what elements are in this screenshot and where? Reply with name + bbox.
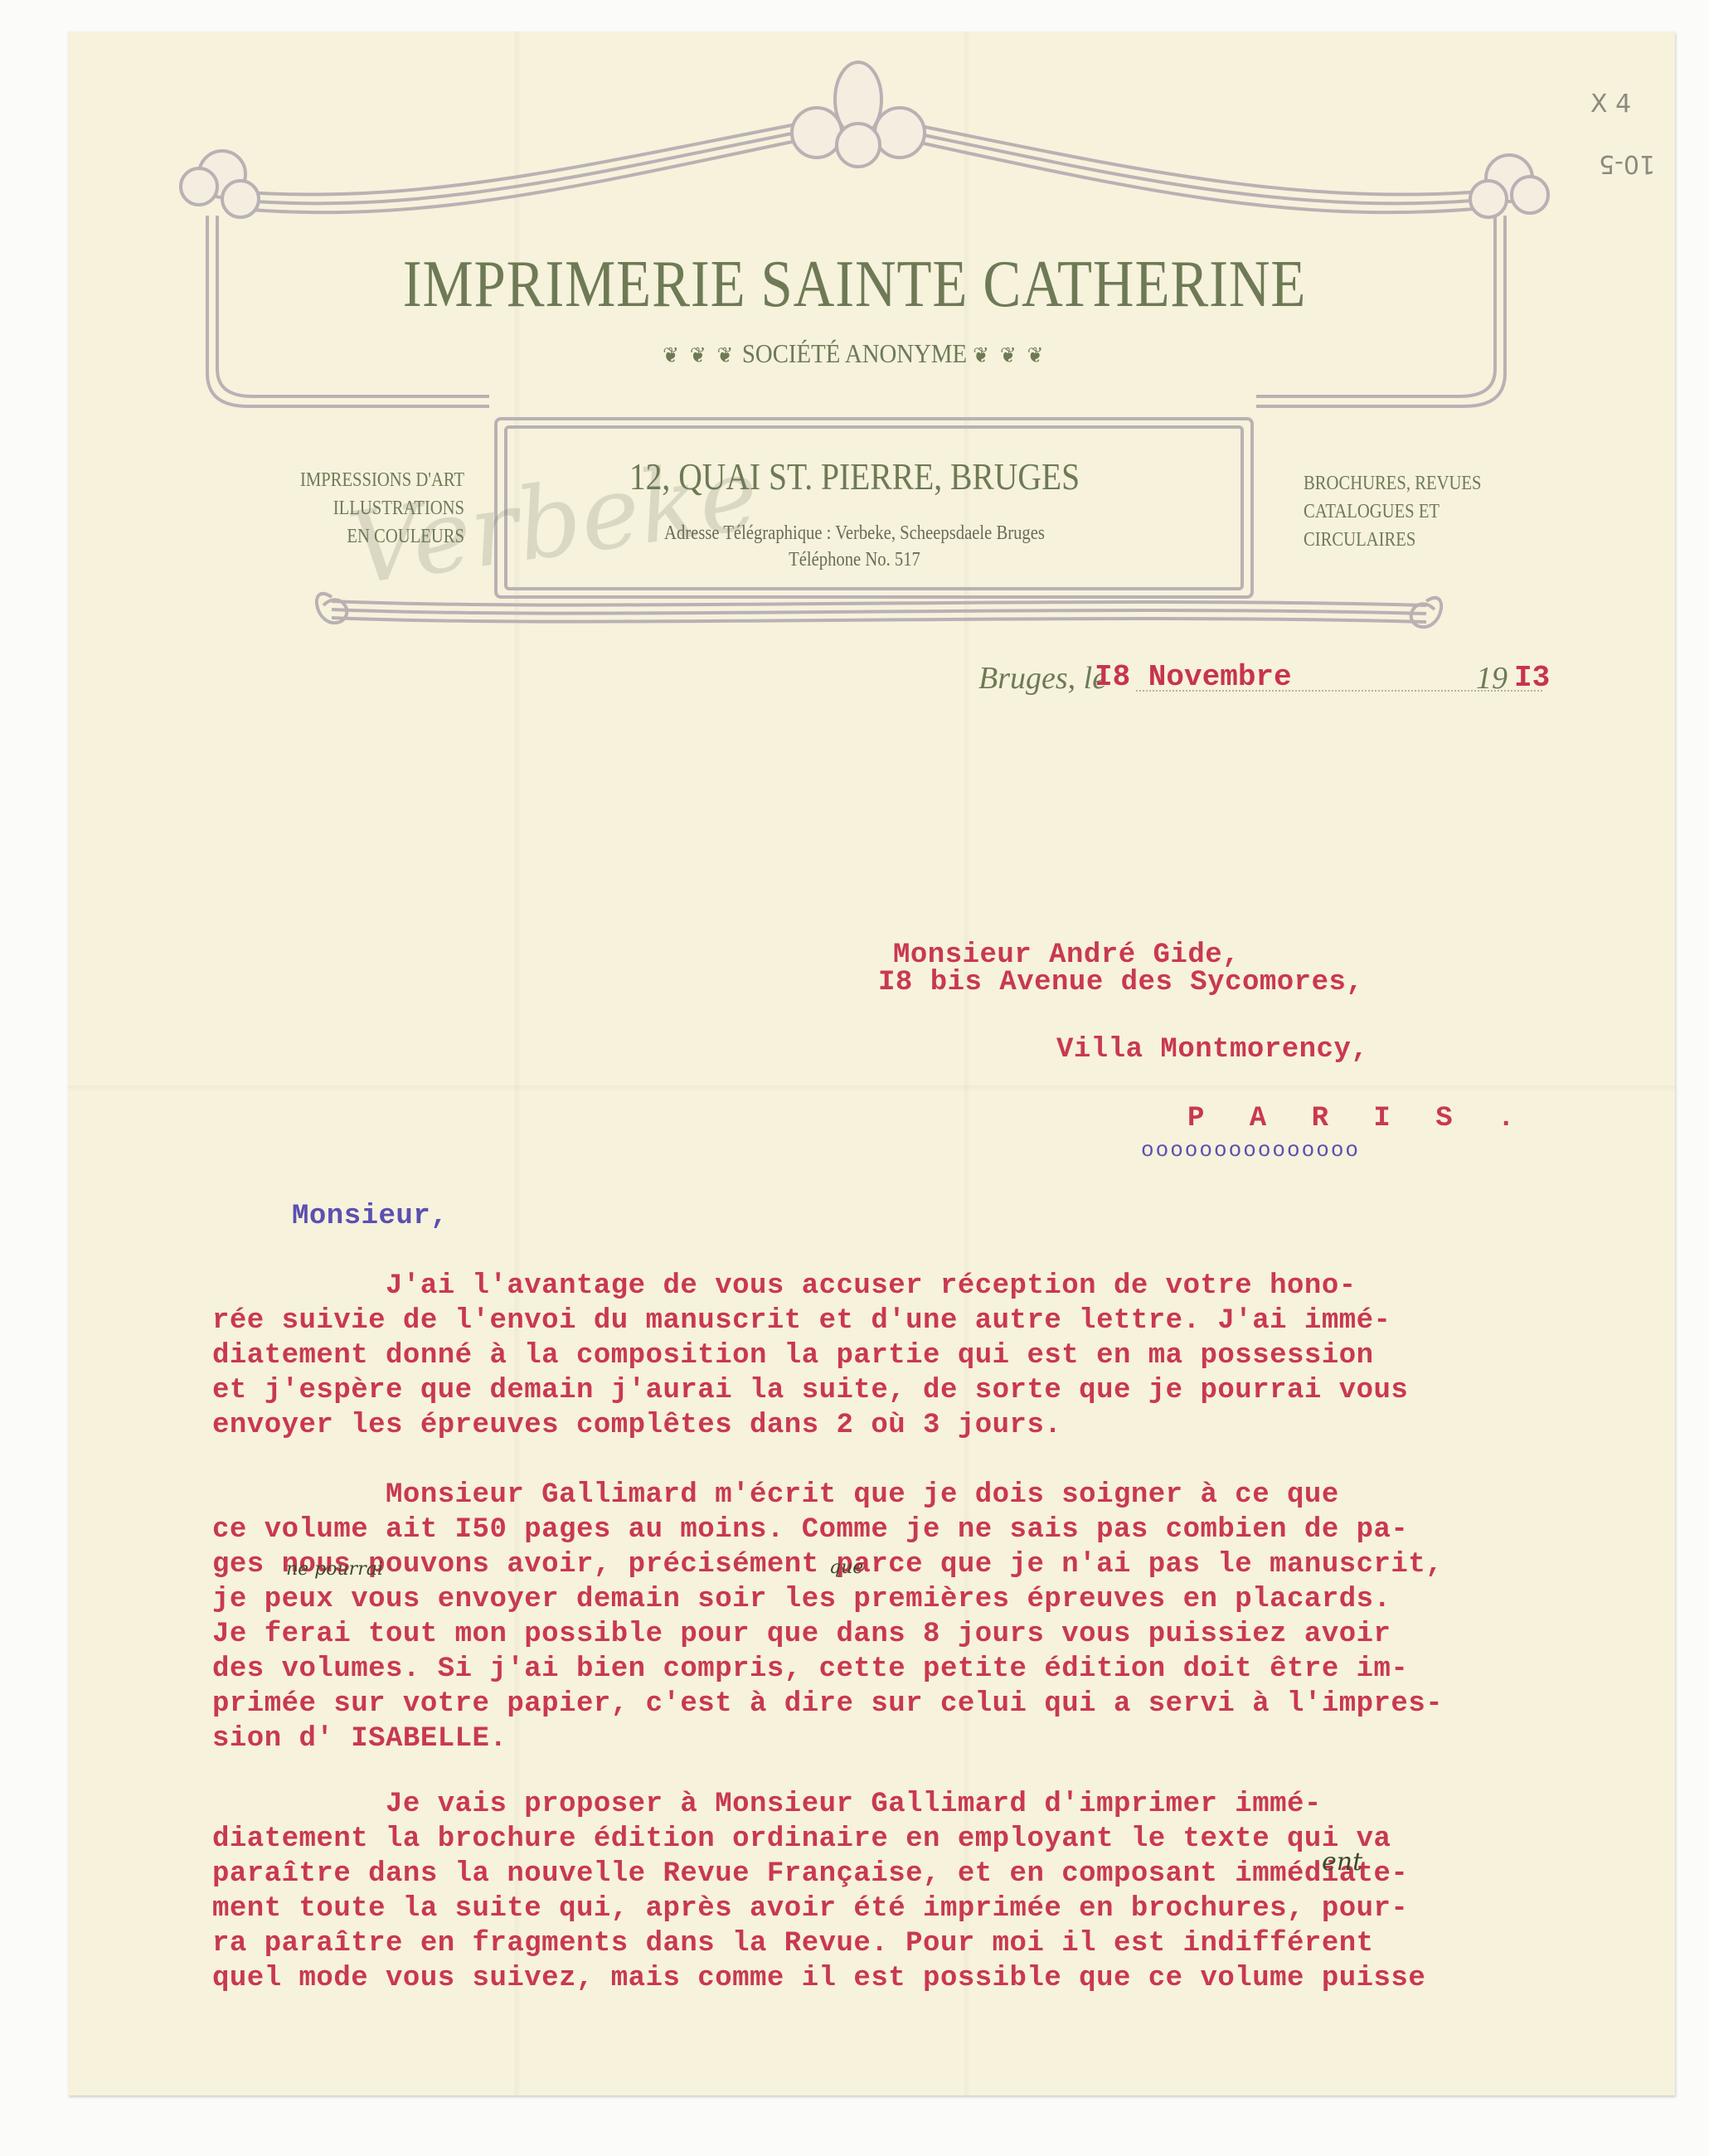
body-paragraph-1: J'ai l'avantage de vous accuser réceptio…: [212, 1269, 1622, 1443]
recipient-city: P A R I S .: [1187, 1103, 1528, 1134]
body-line: J'ai l'avantage de vous accuser réceptio…: [212, 1269, 1622, 1304]
handwritten-correction: que: [829, 1557, 863, 1578]
leaf-ornament-icon: ❦ ❦ ❦: [663, 343, 736, 367]
service-item: BROCHURES, REVUES: [1304, 469, 1561, 498]
body-line: quel mode vous suivez, mais comme il est…: [212, 1961, 1622, 1996]
handwritten-correction: ent: [1322, 1848, 1362, 1877]
company-type-label: SOCIÉTÉ ANONYME: [742, 338, 967, 368]
body-line: Monsieur Gallimard m'écrit que je dois s…: [212, 1478, 1622, 1513]
services-right: BROCHURES, REVUES CATALOGUES ET CIRCULAI…: [1304, 469, 1561, 554]
recipient-street: I8 bis Avenue des Sycomores,: [878, 967, 1363, 998]
body-line: envoyer les épreuves complêtes dans 2 où…: [212, 1408, 1622, 1443]
services-left: IMPRESSIONS D'ART ILLUSTRATIONS EN COULE…: [236, 466, 464, 551]
company-name: IMPRIMERIE SAINTE CATHERINE: [119, 247, 1589, 323]
body-line: Je vais proposer à Monsieur Gallimard d'…: [212, 1787, 1622, 1822]
city-underline: ooooooooooooooo: [1141, 1138, 1360, 1163]
date-place-prefix: Bruges, le: [978, 660, 1106, 697]
service-item: CIRCULAIRES: [1304, 526, 1561, 554]
service-item: CATALOGUES ET: [1304, 498, 1561, 526]
body-line: ges nous pouvons avoir, précisément parc…: [212, 1547, 1622, 1582]
body-line: Je ferai tout mon possible pour que dans…: [212, 1617, 1622, 1652]
recipient-locality: Villa Montmorency,: [1056, 1034, 1368, 1066]
company-type: ❦ ❦ ❦ SOCIÉTÉ ANONYME ❦ ❦ ❦: [85, 338, 1624, 369]
date-year-prefix: 19: [1476, 660, 1508, 697]
body-line: ra paraître en fragments dans la Revue. …: [212, 1926, 1622, 1961]
date-year-suffix: I3: [1514, 661, 1550, 695]
handwritten-correction: ne pourrai: [286, 1559, 383, 1580]
body-line: diatement la brochure édition ordinaire …: [212, 1822, 1622, 1857]
body-line: sion d' ISABELLE.: [212, 1721, 1622, 1756]
body-line: primée sur votre papier, c'est à dire su…: [212, 1687, 1622, 1721]
body-line: je peux vous envoyer demain soir les pre…: [212, 1582, 1622, 1617]
service-item: EN COULEURS: [236, 522, 464, 551]
pencil-note: X 4: [1590, 90, 1631, 119]
body-line: ce volume ait I50 pages au moins. Comme …: [212, 1513, 1622, 1547]
body-paragraph-3: Je vais proposer à Monsieur Gallimard d'…: [212, 1787, 1622, 1996]
body-line: ment toute la suite qui, après avoir été…: [212, 1891, 1622, 1926]
body-line: rée suivie de l'envoi du manuscrit et d'…: [212, 1304, 1622, 1338]
body-paragraph-2: Monsieur Gallimard m'écrit que je dois s…: [212, 1478, 1622, 1756]
body-line: diatement donné à la composition la part…: [212, 1338, 1622, 1373]
date-day-month: I8 Novembre: [1095, 660, 1292, 694]
service-item: ILLUSTRATIONS: [236, 494, 464, 522]
leaf-ornament-icon: ❦ ❦ ❦: [973, 343, 1046, 367]
body-line: paraître dans la nouvelle Revue Français…: [212, 1857, 1622, 1891]
salutation: Monsieur,: [292, 1201, 448, 1232]
pencil-note: 10-5: [1599, 149, 1655, 178]
service-item: IMPRESSIONS D'ART: [236, 466, 464, 494]
body-line: des volumes. Si j'ai bien compris, cette…: [212, 1652, 1622, 1687]
body-line: et j'espère que demain j'aurai la suite,…: [212, 1373, 1622, 1408]
